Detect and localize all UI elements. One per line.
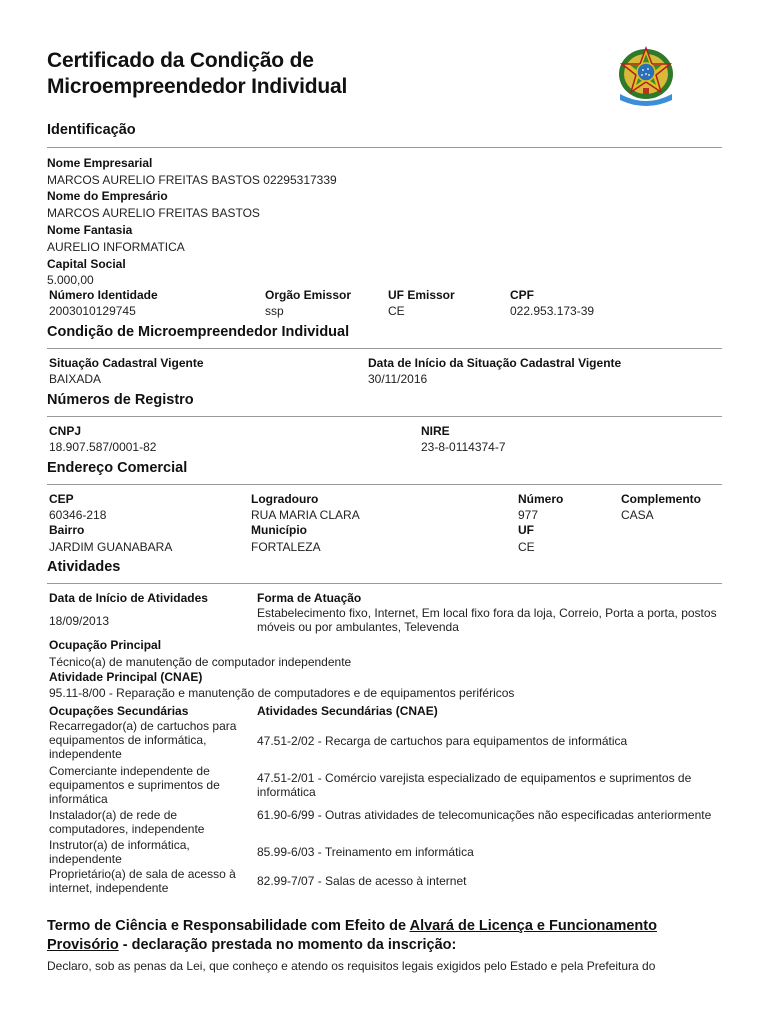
atividade-principal-label: Atividade Principal (CNAE) [49,670,202,684]
termo-title: Termo de Ciência e Responsabilidade com … [47,917,722,955]
section-identificacao: Identificação [47,122,722,138]
ocupacao-secundaria: Recarregador(a) de cartuchos para equipa… [49,719,254,761]
data-situacao-value: 30/11/2016 [368,372,427,386]
cep-value: 60346-218 [49,508,106,522]
municipio-label: Município [251,523,307,537]
numero-identidade-value: 2003010129745 [49,304,136,318]
divider [47,484,722,485]
forma-atuacao-value: Estabelecimento fixo, Internet, Em local… [257,606,717,634]
bairro-label: Bairro [49,523,84,537]
nome-fantasia-value: AURELIO INFORMATICA [47,240,185,254]
atividade-secundaria: 61.90-6/99 - Outras atividades de teleco… [257,808,727,822]
bairro-value: JARDIM GUANABARA [49,540,172,554]
uf-emissor-label: UF Emissor [388,288,455,302]
termo-title-suffix: - declaração prestada no momento da insc… [119,937,457,953]
cpf-label: CPF [510,288,534,302]
ocupacao-secundaria: Instalador(a) de rede de computadores, i… [49,808,254,836]
cnpj-label: CNPJ [49,424,81,438]
data-inicio-label: Data de Início de Atividades [49,591,208,605]
divider [47,348,722,349]
atividade-secundaria: 47.51-2/02 - Recarga de cartuchos para e… [257,734,727,748]
atividade-secundaria: 47.51-2/01 - Comércio varejista especial… [257,771,727,799]
section-title: Atividades [47,559,722,575]
divider [47,583,722,584]
nome-fantasia-label: Nome Fantasia [47,223,132,237]
logradouro-value: RUA MARIA CLARA [251,508,360,522]
ocupacao-secundaria: Comerciante independente de equipamentos… [49,764,254,806]
ocupacoes-secundarias-label: Ocupações Secundárias [49,704,188,718]
termo-body: Declaro, sob as penas da Lei, que conheç… [47,959,747,973]
cep-label: CEP [49,492,74,506]
section-title: Números de Registro [47,392,722,408]
cnpj-value: 18.907.587/0001-82 [49,440,156,454]
ocupacao-secundaria: Proprietário(a) de sala de acesso à inte… [49,867,254,895]
situacao-cadastral-label: Situação Cadastral Vigente [49,356,204,370]
cpf-value: 022.953.173-39 [510,304,594,318]
numero-identidade-label: Número Identidade [49,288,158,302]
nome-empresarial-value: MARCOS AURELIO FREITAS BASTOS 0229531733… [47,173,337,187]
ocupacao-principal-label: Ocupação Principal [49,638,161,652]
nire-label: NIRE [421,424,450,438]
uf-emissor-value: CE [388,304,405,318]
section-title: Condição de Microempreendedor Individual [47,324,722,340]
ocupacao-secundaria: Instrutor(a) de informática, independent… [49,838,254,866]
numero-value: 977 [518,508,538,522]
title-line-1: Certificado da Condição de [47,48,347,74]
orgao-emissor-value: ssp [265,304,284,318]
nome-empresario-value: MARCOS AURELIO FREITAS BASTOS [47,206,260,220]
situacao-cadastral-value: BAIXADA [49,372,101,386]
atividade-principal-value: 95.11-8/00 - Reparação e manutenção de c… [49,686,514,700]
uf-value: CE [518,540,535,554]
uf-label: UF [518,523,534,537]
nome-empresarial-label: Nome Empresarial [47,156,152,170]
page-title: Certificado da Condição de Microempreend… [47,48,347,100]
capital-social-value: 5.000,00 [47,273,94,287]
municipio-value: FORTALEZA [251,540,321,554]
forma-atuacao-label: Forma de Atuação [257,591,361,605]
section-title: Identificação [47,122,722,138]
atividades-secundarias-label: Atividades Secundárias (CNAE) [257,704,438,718]
section-registro: Números de Registro [47,392,722,408]
orgao-emissor-label: Orgão Emissor [265,288,351,302]
nire-value: 23-8-0114374-7 [421,440,506,454]
atividade-secundaria: 85.99-6/03 - Treinamento em informática [257,845,727,859]
data-inicio-value: 18/09/2013 [49,614,109,628]
section-condicao: Condição de Microempreendedor Individual [47,324,722,340]
atividade-secundaria: 82.99-7/07 - Salas de acesso à internet [257,874,727,888]
data-situacao-label: Data de Início da Situação Cadastral Vig… [368,356,621,370]
ocupacao-principal-value: Técnico(a) de manutenção de computador i… [49,655,351,669]
complemento-label: Complemento [621,492,701,506]
complemento-value: CASA [621,508,654,522]
title-line-2: Microempreendedor Individual [47,74,347,100]
divider [47,416,722,417]
termo-title-prefix: Termo de Ciência e Responsabilidade com … [47,918,410,934]
section-endereco: Endereço Comercial [47,460,722,476]
logradouro-label: Logradouro [251,492,318,506]
section-atividades: Atividades [47,559,722,575]
nome-empresario-label: Nome do Empresário [47,189,168,203]
divider [47,147,722,148]
section-title: Endereço Comercial [47,460,722,476]
numero-label: Número [518,492,563,506]
brazil-coat-of-arms-icon [616,44,676,112]
capital-social-label: Capital Social [47,257,126,271]
